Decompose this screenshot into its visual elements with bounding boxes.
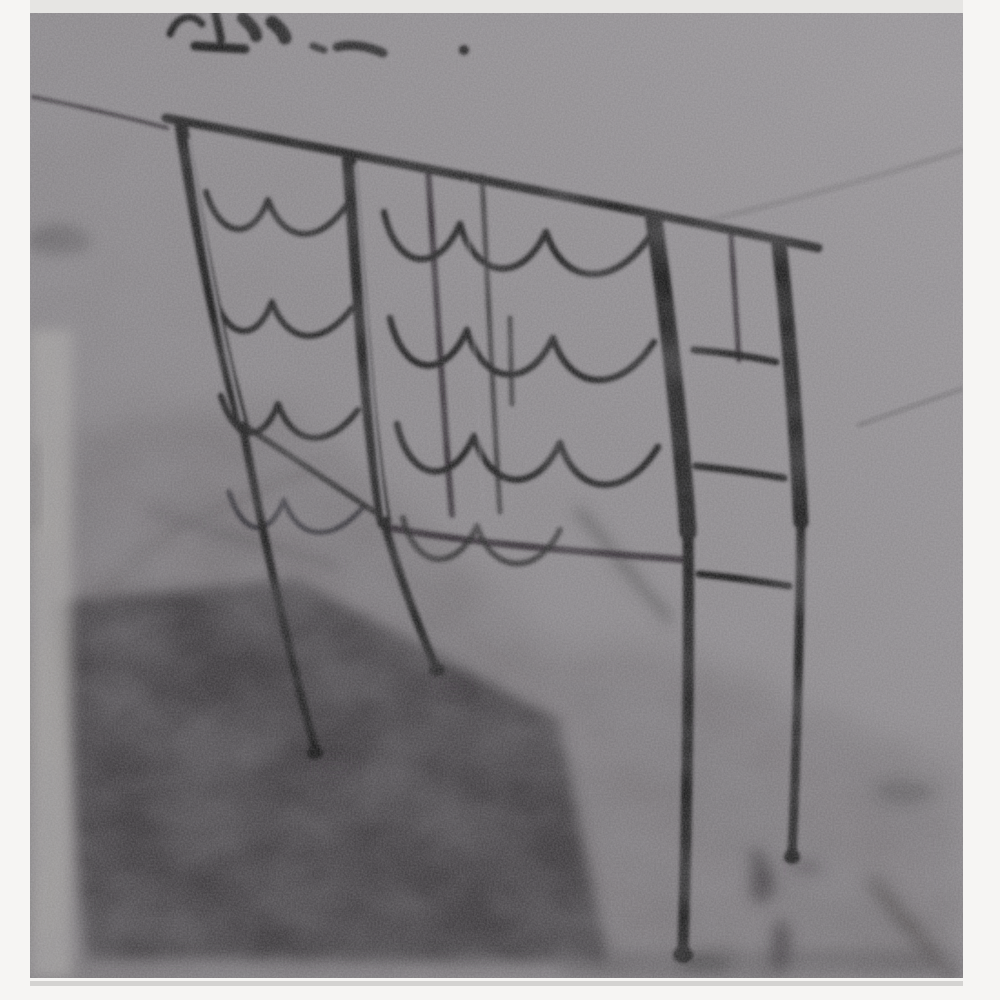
border-left xyxy=(0,0,30,1000)
border-right xyxy=(963,0,1000,1000)
photo xyxy=(26,12,963,978)
scanned-photo-page: Grainy monochrome photograph of a wrough… xyxy=(0,0,1000,1000)
wine-rack-photo: Grainy monochrome photograph of a wrough… xyxy=(0,0,1000,1000)
border-bottom-line xyxy=(30,981,963,986)
border-top-strip xyxy=(30,0,963,13)
grain-overlay-dark xyxy=(30,13,963,978)
